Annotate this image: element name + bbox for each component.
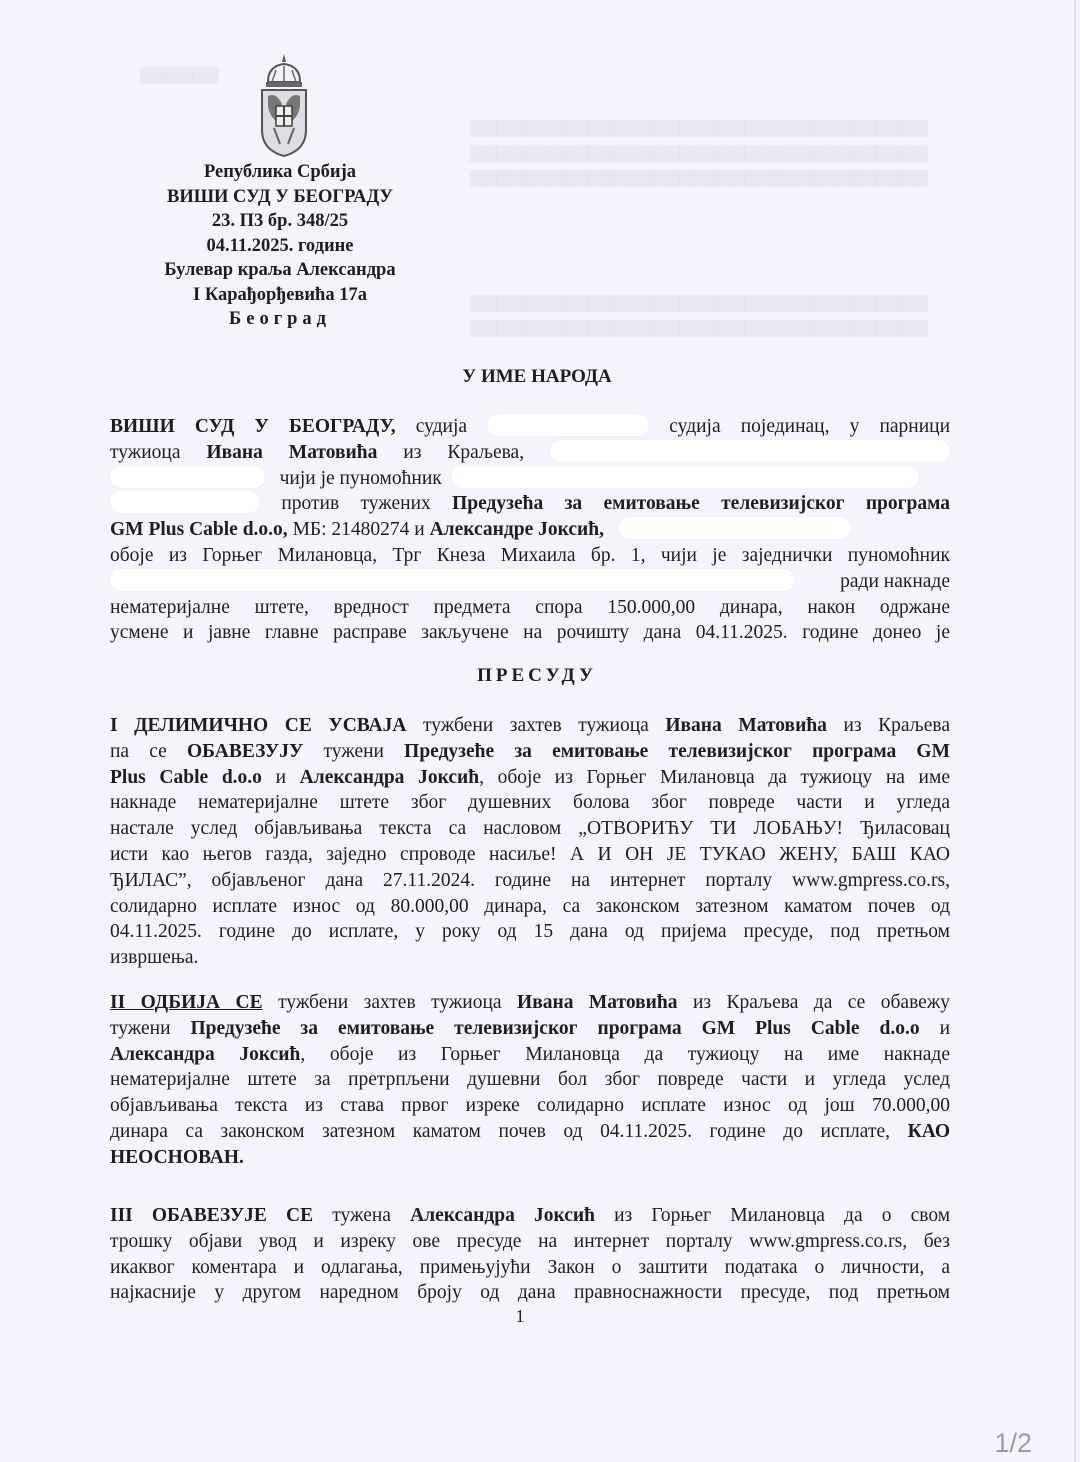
document-page: ▇▇▇▇▇▇ ▇▇▇▇▇▇▇▇▇▇▇▇▇▇▇▇▇▇▇▇▇▇▇▇▇▇▇▇▇▇▇▇▇…	[0, 0, 1076, 1462]
bleed-through-text: ▇▇▇▇▇▇▇▇▇▇▇▇▇▇▇▇▇▇▇▇▇▇▇▇▇▇▇▇▇▇▇▇▇▇▇	[470, 165, 928, 190]
bleed-through-text: ▇▇▇▇▇▇	[140, 62, 218, 87]
header-address-line2: I Карађорђевића 17а	[130, 283, 430, 308]
page-indicator: 1/2	[994, 1428, 1032, 1459]
redaction	[110, 466, 265, 488]
header-country: Република Србија	[130, 160, 430, 185]
coat-of-arms-icon	[254, 52, 314, 158]
redaction	[550, 440, 950, 462]
header-address-line1: Булевар краља Александра	[130, 258, 430, 283]
bleed-through-text: ▇▇▇▇▇▇▇▇▇▇▇▇▇▇▇▇▇▇▇▇▇▇▇▇▇▇▇▇▇▇▇▇▇▇▇	[470, 290, 928, 315]
redaction	[110, 569, 795, 591]
header-court-name: ВИШИ СУД У БЕОГРАДУ	[130, 185, 430, 210]
intro-paragraph: ВИШИ СУД У БЕОГРАДУ, судија судија појед…	[110, 414, 950, 646]
redaction	[487, 414, 649, 436]
verdict-section-2: II ОДБИЈА СЕ тужбени захтев тужиоца Иван…	[110, 990, 950, 1171]
bleed-through-text: ▇▇▇▇▇▇▇▇▇▇▇▇▇▇▇▇▇▇▇▇▇▇▇▇▇▇▇▇▇▇▇▇▇▇▇	[470, 140, 928, 165]
redaction	[110, 491, 260, 513]
redaction	[451, 466, 919, 488]
bleed-through-text: ▇▇▇▇▇▇▇▇▇▇▇▇▇▇▇▇▇▇▇▇▇▇▇▇▇▇▇▇▇▇▇▇▇▇▇	[470, 115, 928, 140]
redaction	[619, 517, 851, 539]
page-number: 1	[0, 1306, 1040, 1327]
title-verdict: ПРЕСУДУ	[0, 665, 1074, 687]
header-case-number: 23. П3 бр. 348/25	[130, 209, 430, 234]
header-city: Београд	[130, 307, 430, 332]
verdict-section-1: I ДЕЛИМИЧНО СЕ УСВАЈА тужбени захтев туж…	[110, 713, 950, 971]
header-date: 04.11.2025. године	[130, 234, 430, 259]
title-in-the-name-of-people: У ИМЕ НАРОДА	[0, 366, 1074, 388]
court-header: Република Србија ВИШИ СУД У БЕОГРАДУ 23.…	[130, 160, 430, 332]
bleed-through-text: ▇▇▇▇▇▇▇▇▇▇▇▇▇▇▇▇▇▇▇▇▇▇▇▇▇▇▇▇▇▇▇▇▇▇▇	[470, 315, 928, 340]
verdict-section-3: III ОБАВЕЗУЈЕ СЕ тужена Александра Јокси…	[110, 1203, 950, 1306]
